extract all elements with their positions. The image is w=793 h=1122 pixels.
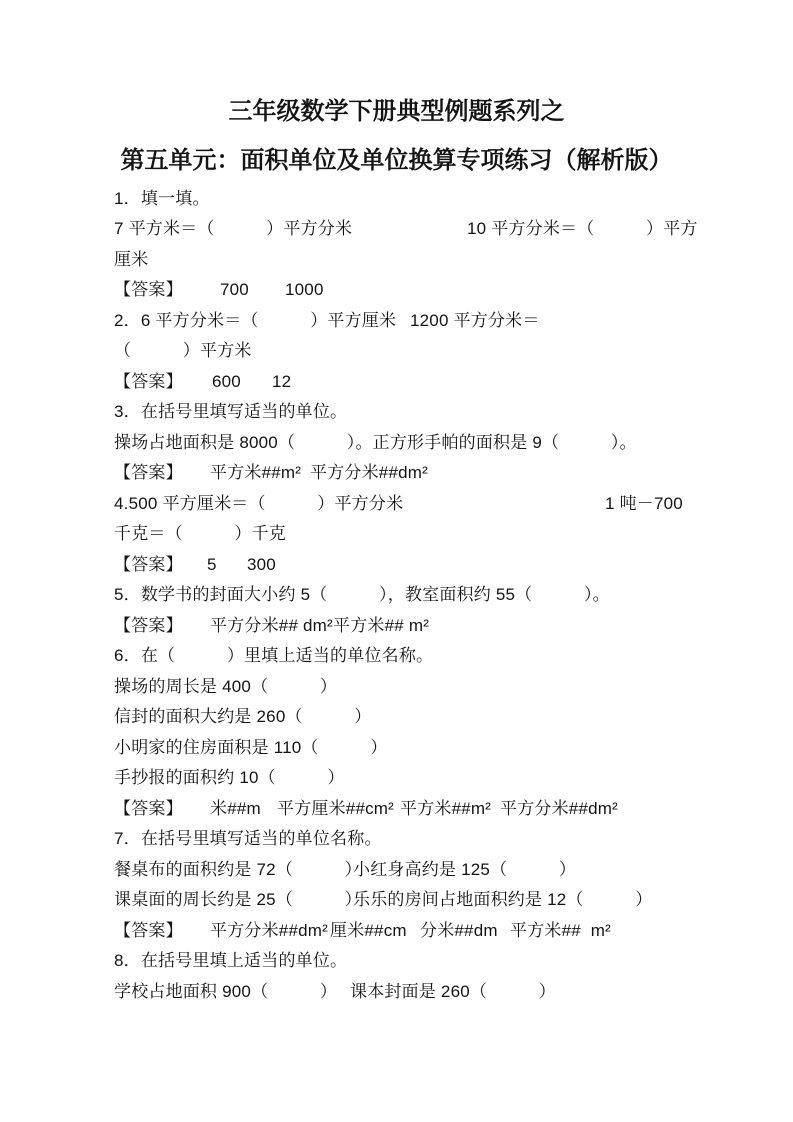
doc-title-line-1: 三年级数学下册典型例题系列之 <box>0 96 793 128</box>
q4-answer-seg-0: 【答案】 <box>114 549 183 580</box>
q4-problems-wrap: 千克＝（ ）千克 <box>0 518 793 549</box>
q1-answer-seg-0: 【答案】 <box>114 274 183 305</box>
q2-problems-seg-0: 2．6 平方分米＝（ ）平方厘米 <box>114 305 396 336</box>
q4-problems-wrap-seg-0: 千克＝（ ）千克 <box>114 518 286 549</box>
q6-answer-seg-2: 平方厘米##cm² <box>277 793 394 824</box>
q6-answer-seg-4: 平方分米##dm² <box>500 793 618 824</box>
q2-problems-wrap: （ ）平方米 <box>0 335 793 366</box>
q5-answer-seg-1: 平方分米## dm² <box>210 610 333 641</box>
q6-answer-seg-0: 【答案】 <box>114 793 183 824</box>
q6-problem-4-seg-0: 手抄报的面积约 10（ ） <box>114 762 345 793</box>
q7-problems-row1: 餐桌布的面积约是 72（ ）小红身高约是 125（ ） <box>0 854 793 885</box>
q2-answer-seg-1: 600 <box>212 366 241 397</box>
q1-heading: 1．填一填。 <box>0 183 793 214</box>
q8-heading-seg-0: 8．在括号里填上适当的单位。 <box>114 945 347 976</box>
q1-problems: 7 平方米＝（ ）平方分米10 平方分米＝（ ）平方 <box>0 213 793 244</box>
q5-answer-seg-2: 平方米## m² <box>333 610 429 641</box>
q6-problem-4: 手抄报的面积约 10（ ） <box>0 762 793 793</box>
q2-answer-seg-2: 12 <box>272 366 291 397</box>
q6-problem-1: 操场的周长是 400（ ） <box>0 671 793 702</box>
q7-heading: 7．在括号里填写适当的单位名称。 <box>0 823 793 854</box>
q5-problems: 5．数学书的封面大小约 5（ ），教室面积约 55（ ）。 <box>0 579 793 610</box>
q7-problems-row2-seg-0: 课桌面的周长约是 25（ ） <box>114 884 362 915</box>
q5-answer-seg-0: 【答案】 <box>114 610 183 641</box>
q5-problems-seg-0: 5．数学书的封面大小约 5（ ），教室面积约 55（ ）。 <box>114 579 610 610</box>
q6-answer: 【答案】米##m平方厘米##cm²平方米##m²平方分米##dm² <box>0 793 793 824</box>
q3-answer-seg-1: 平方米##m² <box>210 457 301 488</box>
q4-answer-seg-2: 300 <box>247 549 276 580</box>
q3-heading: 3．在括号里填写适当的单位。 <box>0 396 793 427</box>
q3-heading-seg-0: 3．在括号里填写适当的单位。 <box>114 396 347 427</box>
q6-answer-seg-3: 平方米##m² <box>400 793 491 824</box>
q2-problems-wrap-seg-0: （ ）平方米 <box>114 335 252 366</box>
q6-heading-seg-0: 6．在（ ）里填上适当的单位名称。 <box>114 640 433 671</box>
q1-answer-seg-2: 1000 <box>285 274 324 305</box>
document-page: 三年级数学下册典型例题系列之 第五单元：面积单位及单位换算专项练习（解析版） 1… <box>0 0 793 1122</box>
q7-problems-row2-seg-1: 乐乐的房间占地面积约是 12（ ） <box>353 884 652 915</box>
q1-problems-seg-1: 10 平方分米＝（ ）平方 <box>467 213 698 244</box>
doc-title-line-2: 第五单元：面积单位及单位换算专项练习（解析版） <box>0 145 793 177</box>
q7-answer-seg-4: 平方米## m² <box>510 915 611 946</box>
q4-answer: 【答案】5300 <box>0 549 793 580</box>
q7-answer-seg-1: 平方分米##dm² <box>210 915 328 946</box>
q8-problems-seg-1: 课本封面是 260（ ） <box>350 976 556 1007</box>
q6-problem-3-seg-0: 小明家的住房面积是 110（ ） <box>114 732 387 763</box>
q2-answer-seg-0: 【答案】 <box>114 366 183 397</box>
q1-problems-seg-0: 7 平方米＝（ ）平方分米 <box>114 213 352 244</box>
q1-heading-seg-0: 1．填一填。 <box>114 183 210 214</box>
q7-problems-row1-seg-0: 餐桌布的面积约是 72（ ） <box>114 854 362 885</box>
q7-problems-row2: 课桌面的周长约是 25（ ）乐乐的房间占地面积约是 12（ ） <box>0 884 793 915</box>
q6-problem-2: 信封的面积大约是 260（ ） <box>0 701 793 732</box>
q8-problems-seg-0: 学校占地面积 900（ ） <box>114 976 337 1007</box>
q4-problems: 4.500 平方厘米＝（ ）平方分米1 吨－700 <box>0 488 793 519</box>
q3-problems: 操场占地面积是 8000（ ）。正方形手帕的面积是 9（ ）。 <box>0 427 793 458</box>
q8-heading: 8．在括号里填上适当的单位。 <box>0 945 793 976</box>
q7-answer-seg-0: 【答案】 <box>114 915 183 946</box>
q7-answer-seg-3: 分米##dm <box>420 915 498 946</box>
q8-problems: 学校占地面积 900（ ）课本封面是 260（ ） <box>0 976 793 1007</box>
q6-problem-2-seg-0: 信封的面积大约是 260（ ） <box>114 701 372 732</box>
q6-problem-3: 小明家的住房面积是 110（ ） <box>0 732 793 763</box>
q6-problem-1-seg-0: 操场的周长是 400（ ） <box>114 671 337 702</box>
q4-answer-seg-1: 5 <box>207 549 217 580</box>
q1-problems-wrap-seg-0: 厘米 <box>114 244 148 275</box>
q1-answer: 【答案】7001000 <box>0 274 793 305</box>
q2-problems-seg-1: 1200 平方分米＝ <box>410 305 540 336</box>
q3-answer-seg-0: 【答案】 <box>114 457 183 488</box>
q7-answer-seg-2: 厘米##cm <box>330 915 407 946</box>
q6-heading: 6．在（ ）里填上适当的单位名称。 <box>0 640 793 671</box>
q7-answer: 【答案】平方分米##dm²厘米##cm分米##dm平方米## m² <box>0 915 793 946</box>
q3-answer: 【答案】平方米##m²平方分米##dm² <box>0 457 793 488</box>
q1-problems-wrap: 厘米 <box>0 244 793 275</box>
q7-problems-row1-seg-1: 小红身高约是 125（ ） <box>353 854 576 885</box>
q3-problems-seg-0: 操场占地面积是 8000（ ）。正方形手帕的面积是 9（ ）。 <box>114 427 637 458</box>
q2-answer: 【答案】60012 <box>0 366 793 397</box>
q4-problems-seg-1: 1 吨－700 <box>605 488 683 519</box>
q5-answer: 【答案】平方分米## dm²平方米## m² <box>0 610 793 641</box>
q6-answer-seg-1: 米##m <box>210 793 261 824</box>
q2-problems: 2．6 平方分米＝（ ）平方厘米1200 平方分米＝ <box>0 305 793 336</box>
q4-problems-seg-0: 4.500 平方厘米＝（ ）平方分米 <box>114 488 403 519</box>
q1-answer-seg-1: 700 <box>220 274 249 305</box>
q7-heading-seg-0: 7．在括号里填写适当的单位名称。 <box>114 823 382 854</box>
q3-answer-seg-2: 平方分米##dm² <box>310 457 428 488</box>
